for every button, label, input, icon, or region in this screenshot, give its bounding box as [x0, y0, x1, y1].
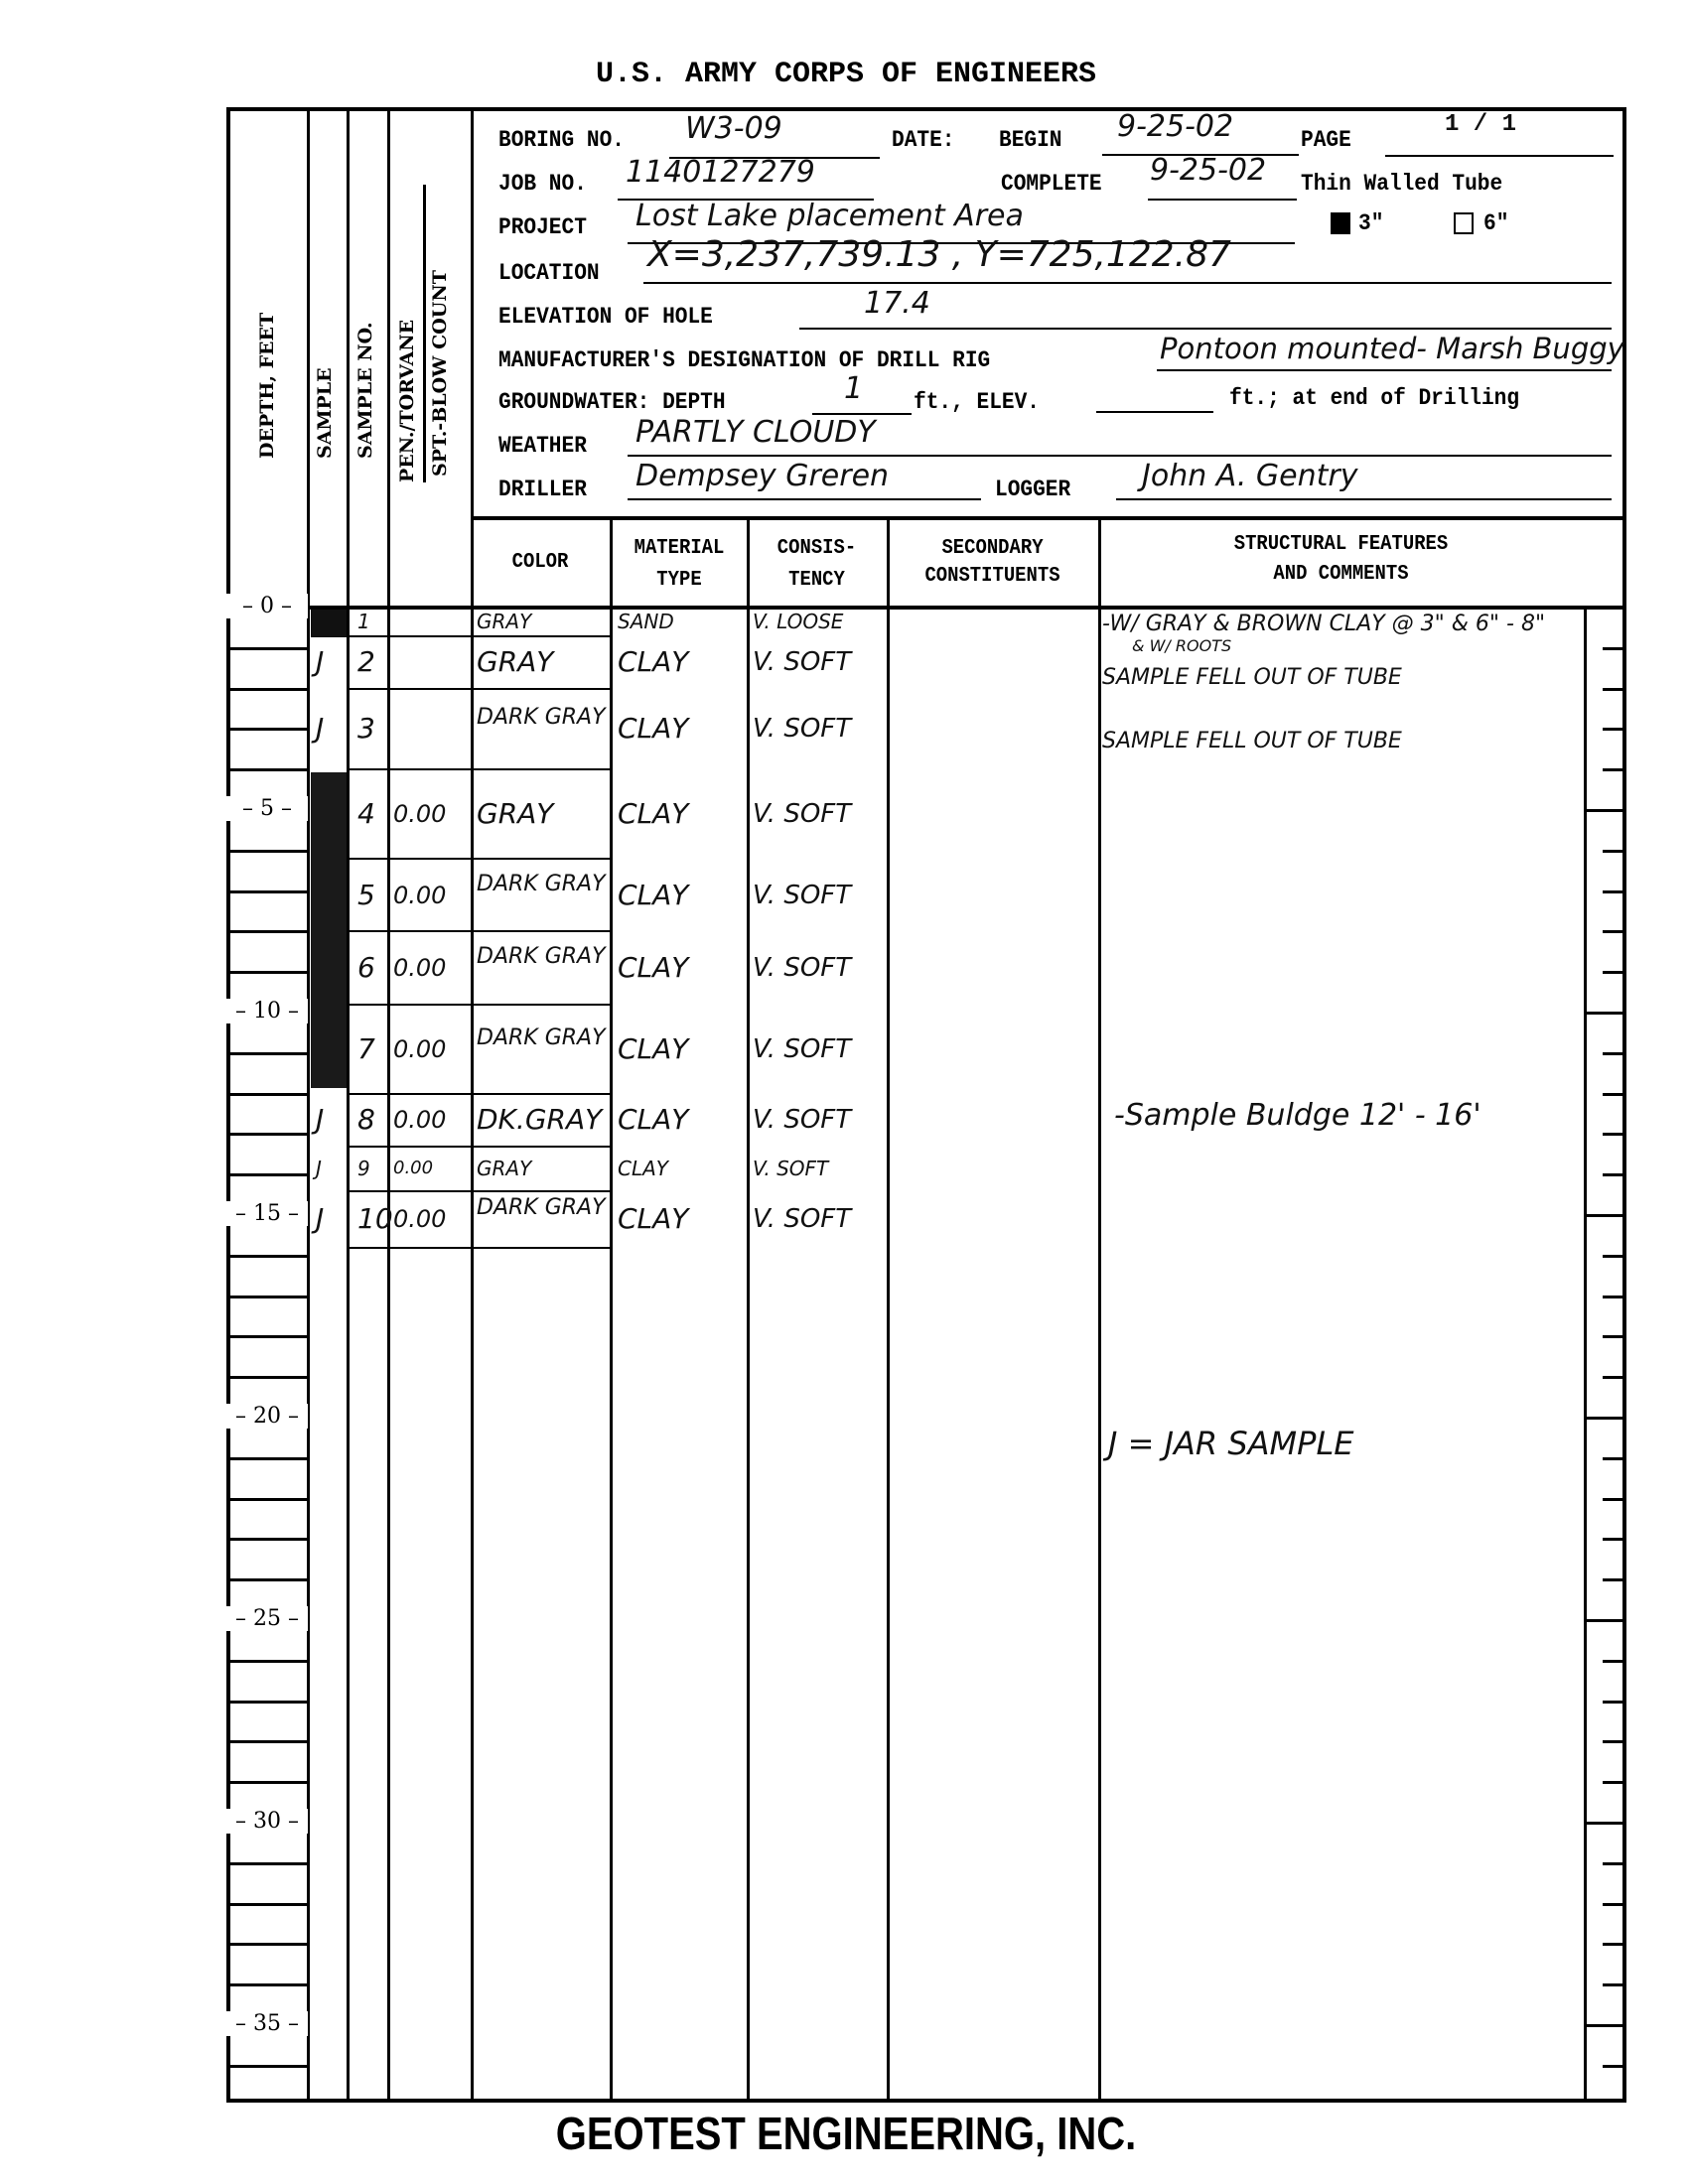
depth-gridline	[226, 1052, 308, 1055]
depth-gridline	[226, 971, 308, 974]
end-of-drilling-label: ft.; at end of Drilling	[1229, 385, 1519, 411]
depth-tick	[1603, 1498, 1626, 1501]
structural-header-2: AND COMMENTS	[1122, 560, 1559, 590]
complete-label: COMPLETE	[1001, 171, 1102, 197]
drill-rig-label: MANUFACTURER'S DESIGNATION OF DRILL RIG	[498, 347, 990, 373]
depth-tick	[1603, 1781, 1626, 1784]
soil-color: GRAY	[477, 648, 553, 676]
depth-gridline	[226, 1740, 308, 1743]
company-footer: GEOTEST ENGINEERING, INC.	[0, 2110, 1692, 2161]
divider	[347, 107, 350, 2103]
comment-1b: & W/ ROOTS	[1132, 635, 1231, 657]
depth-gridline	[226, 850, 308, 853]
structural-header-1: STRUCTURAL FEATURES	[1122, 530, 1559, 560]
page-field[interactable]: 1 / 1	[1445, 111, 1516, 138]
depth-tick	[1603, 1701, 1626, 1704]
sample-number: 5	[357, 882, 375, 909]
project-label: PROJECT	[498, 214, 587, 240]
soil-color: DARK GRAY	[477, 874, 606, 895]
depth-label: – 25 –	[226, 1606, 308, 1631]
depth-tick	[1603, 1133, 1626, 1136]
depth-tick	[1603, 930, 1626, 933]
depth-gridline	[226, 1983, 308, 1986]
driller-label: DRILLER	[498, 477, 587, 502]
depth-gridline	[226, 647, 308, 650]
sample-number: 2	[357, 648, 375, 676]
material-type: CLAY	[618, 1035, 688, 1063]
depth-tick	[1603, 1376, 1626, 1379]
sample-row-divider	[347, 858, 611, 860]
boring-no-label: BORING NO.	[498, 127, 625, 153]
depth-tick	[1603, 971, 1626, 974]
tube-6in-label: 6"	[1483, 210, 1508, 236]
material-type: SAND	[618, 612, 674, 631]
divider	[307, 107, 310, 2103]
depth-tick	[1603, 1335, 1626, 1338]
depth-gridline	[226, 1578, 308, 1581]
sample-number: 10	[357, 1205, 393, 1233]
soil-color: DARK GRAY	[477, 1197, 606, 1219]
underline	[628, 455, 1612, 457]
agency-title: U.S. ARMY CORPS OF ENGINEERS	[0, 58, 1692, 91]
material-type: CLAY	[618, 1159, 668, 1178]
depth-gridline	[226, 1335, 308, 1338]
underline	[1148, 199, 1297, 201]
depth-tick	[1603, 890, 1626, 893]
sample-row-divider	[347, 688, 611, 690]
divider	[610, 518, 613, 2103]
depth-label: – 30 –	[226, 1809, 308, 1834]
depth-tick	[1603, 850, 1626, 853]
location-label: LOCATION	[498, 260, 600, 286]
material-type: CLAY	[618, 800, 688, 828]
depth-tick	[1603, 728, 1626, 731]
project-field[interactable]: Lost Lake placement Area	[635, 199, 1024, 233]
depth-tick	[1603, 1903, 1626, 1906]
depth-gridline	[226, 1255, 308, 1258]
consistency: V. SOFT	[753, 1206, 851, 1232]
underline	[1385, 155, 1614, 157]
groundwater-depth-field[interactable]: 1	[844, 371, 863, 406]
material-type: CLAY	[618, 648, 688, 676]
sample-number: 4	[357, 800, 375, 828]
underline	[643, 282, 1612, 284]
pen-torvane-header: PEN./TORVANE	[396, 320, 418, 482]
tube-3in-checkbox[interactable]	[1331, 212, 1350, 234]
complete-date-field[interactable]: 9-25-02	[1150, 153, 1266, 188]
location-field[interactable]: X=3,237,739.13 , Y=725,122.87	[647, 234, 1231, 275]
divider	[747, 518, 750, 2103]
depth-label: – 5 –	[226, 796, 308, 821]
depth-gridline	[226, 1296, 308, 1298]
depth-feet-header: DEPTH, FEET	[256, 313, 278, 459]
depth-gridline	[226, 1376, 308, 1379]
pen-torvane-value: 0.00	[393, 1037, 446, 1061]
underline	[628, 498, 981, 500]
pen-torvane-value: 0.00	[393, 956, 446, 980]
depth-label: – 20 –	[226, 1404, 308, 1429]
boring-no-field[interactable]: W3-09	[685, 111, 782, 146]
depth-gridline	[226, 1538, 308, 1541]
depth-tick	[1603, 768, 1626, 771]
depth-gridline	[226, 1781, 308, 1784]
soil-color: GRAY	[477, 612, 531, 631]
consistency: V. SOFT	[753, 649, 851, 675]
depth-gridline	[226, 1903, 308, 1906]
soil-color: DK.GRAY	[477, 1106, 602, 1134]
pen-torvane-value: 0.00	[393, 1160, 433, 1177]
job-no-field[interactable]: 1140127279	[626, 155, 815, 190]
depth-tick	[1603, 1457, 1626, 1460]
material-type: CLAY	[618, 715, 688, 743]
comment-3: SAMPLE FELL OUT OF TUBE	[1102, 731, 1402, 752]
depth-tick	[1603, 1578, 1626, 1581]
sample-row-divider	[347, 1190, 611, 1192]
tube-3in-label: 3"	[1358, 210, 1383, 236]
sample-type: J	[316, 1159, 322, 1178]
sample-row-divider	[347, 930, 611, 932]
material-type: CLAY	[618, 1205, 688, 1233]
sample-row-divider	[347, 1146, 611, 1148]
sample-type: J	[316, 715, 324, 743]
material-type: CLAY	[618, 1106, 688, 1134]
sample-no-header: SAMPLE NO.	[354, 322, 376, 459]
depth-tick	[1603, 1660, 1626, 1663]
sample-row-divider	[347, 1093, 611, 1095]
consistency: V. SOFT	[753, 955, 851, 981]
thin-walled-tube-label: Thin Walled Tube	[1301, 171, 1502, 197]
depth-tick	[1586, 1619, 1626, 1622]
divider	[1584, 608, 1587, 2103]
depth-tick	[1603, 1538, 1626, 1541]
consistency: V. LOOSE	[753, 612, 843, 631]
secondary-header-2: CONSTITUENTS	[898, 562, 1088, 592]
depth-gridline	[226, 930, 308, 933]
depth-gridline	[226, 1660, 308, 1663]
depth-gridline	[226, 728, 308, 731]
divider	[471, 107, 474, 2103]
depth-tick	[1586, 809, 1626, 812]
consistency: V. SOFT	[753, 1107, 851, 1133]
driller-field[interactable]: Dempsey Greren	[635, 459, 889, 493]
sample-core-fill	[311, 772, 347, 1088]
comment-5: J = JAR SAMPLE	[1108, 1430, 1353, 1457]
depth-tick	[1586, 1214, 1626, 1217]
pen-torvane-value: 0.00	[393, 884, 446, 907]
job-no-label: JOB NO.	[498, 171, 587, 197]
comment-1: -W/ GRAY & BROWN CLAY @ 3" & 6" - 8"	[1102, 614, 1545, 635]
sample-type: J	[316, 1106, 324, 1134]
page-label: PAGE	[1301, 127, 1351, 153]
depth-tick	[1603, 1093, 1626, 1096]
logger-field[interactable]: John A. Gentry	[1142, 459, 1358, 493]
divider	[471, 516, 1626, 520]
depth-tick	[1603, 647, 1626, 650]
depth-tick	[1603, 1740, 1626, 1743]
divider	[1098, 518, 1101, 2103]
material-type: CLAY	[618, 954, 688, 982]
depth-gridline	[226, 768, 308, 771]
pen-torvane-value: 0.00	[393, 802, 446, 826]
depth-gridline	[226, 2065, 308, 2068]
sample-number: 1	[357, 612, 370, 631]
soil-color: GRAY	[477, 800, 553, 828]
depth-zero-line	[226, 606, 1626, 610]
depth-gridline	[226, 1173, 308, 1176]
groundwater-label: GROUNDWATER: DEPTH	[498, 389, 726, 415]
sample-row-divider	[347, 1004, 611, 1006]
depth-tick	[1603, 1255, 1626, 1258]
consistency: V. SOFT	[753, 801, 851, 827]
depth-tick	[1603, 1296, 1626, 1298]
sample-number: 7	[357, 1035, 375, 1063]
divider	[887, 518, 890, 2103]
weather-label: WEATHER	[498, 433, 587, 459]
sample-header: SAMPLE	[314, 367, 336, 459]
depth-tick	[1603, 1983, 1626, 1986]
consistency: V. SOFT	[753, 716, 851, 742]
soil-color: DARK GRAY	[477, 946, 606, 968]
sample-number: 9	[357, 1159, 370, 1178]
tube-6in-checkbox[interactable]	[1454, 212, 1474, 234]
underline	[1157, 369, 1612, 371]
depth-gridline	[226, 1701, 308, 1704]
sample-number: 8	[357, 1106, 375, 1134]
depth-tick	[1603, 688, 1626, 691]
depth-gridline	[226, 1498, 308, 1501]
fraction-bar	[423, 185, 426, 482]
sample-row-divider	[347, 1247, 611, 1249]
depth-label: – 10 –	[226, 999, 308, 1024]
comment-2: SAMPLE FELL OUT OF TUBE	[1102, 667, 1402, 689]
depth-label: – 0 –	[226, 594, 308, 618]
soil-color: GRAY	[477, 1159, 531, 1178]
divider	[387, 107, 390, 2103]
underline	[1116, 498, 1612, 500]
weather-field[interactable]: PARTLY CLOUDY	[635, 415, 876, 450]
secondary-header-1: SECONDARY	[898, 534, 1088, 564]
depth-tick	[1603, 1943, 1626, 1946]
depth-tick	[1603, 1173, 1626, 1176]
sample-type: J	[316, 648, 324, 676]
depth-gridline	[226, 890, 308, 893]
depth-tick	[1586, 2024, 1626, 2027]
consistency: V. SOFT	[753, 1036, 851, 1062]
material-header-1: MATERIAL	[617, 534, 742, 564]
logger-label: LOGGER	[995, 477, 1070, 502]
begin-date-field[interactable]: 9-25-02	[1117, 109, 1233, 144]
depth-label: – 15 –	[226, 1201, 308, 1226]
depth-label: – 35 –	[226, 2011, 308, 2036]
material-header-2: TYPE	[617, 566, 742, 596]
elevation-field[interactable]: 17.4	[864, 286, 930, 321]
depth-tick	[1586, 1417, 1626, 1420]
sample-number: 6	[357, 954, 375, 982]
comment-4: -Sample Buldge 12' - 16'	[1114, 1102, 1481, 1130]
begin-label: BEGIN	[999, 127, 1061, 153]
sample-number: 3	[357, 715, 375, 743]
depth-gridline	[226, 1943, 308, 1946]
elevation-label: ELEVATION OF HOLE	[498, 304, 713, 330]
depth-gridline	[226, 1133, 308, 1136]
sample-core-fill	[311, 610, 347, 637]
consistency-header-2: TENCY	[754, 566, 880, 596]
material-type: CLAY	[618, 882, 688, 909]
consistency: V. SOFT	[753, 1159, 828, 1178]
depth-gridline	[226, 688, 308, 691]
depth-tick	[1603, 2065, 1626, 2068]
depth-tick	[1586, 1012, 1626, 1015]
color-header: COLOR	[478, 548, 603, 578]
pen-torvane-value: 0.00	[393, 1108, 446, 1132]
underline	[799, 328, 1612, 330]
depth-gridline	[226, 1093, 308, 1096]
depth-gridline	[226, 1457, 308, 1460]
ft-elev-label: ft., ELEV.	[914, 389, 1040, 415]
spt-blow-count-header: SPT.-BLOW COUNT	[429, 270, 451, 477]
depth-tick	[1586, 1822, 1626, 1825]
depth-tick	[1603, 1052, 1626, 1055]
soil-color: DARK GRAY	[477, 707, 606, 729]
sample-row-divider	[347, 768, 611, 770]
soil-color: DARK GRAY	[477, 1027, 606, 1049]
sample-row-divider	[347, 635, 611, 637]
depth-tick	[1603, 1862, 1626, 1865]
pen-torvane-value: 0.00	[393, 1207, 446, 1231]
depth-gridline	[226, 1862, 308, 1865]
date-label: DATE:	[892, 127, 954, 153]
drill-rig-field[interactable]: Pontoon mounted- Marsh Buggy	[1160, 332, 1624, 365]
underline	[1096, 411, 1213, 413]
consistency: V. SOFT	[753, 883, 851, 908]
sample-type: J	[316, 1205, 324, 1233]
consistency-header-1: CONSIS-	[754, 534, 880, 564]
